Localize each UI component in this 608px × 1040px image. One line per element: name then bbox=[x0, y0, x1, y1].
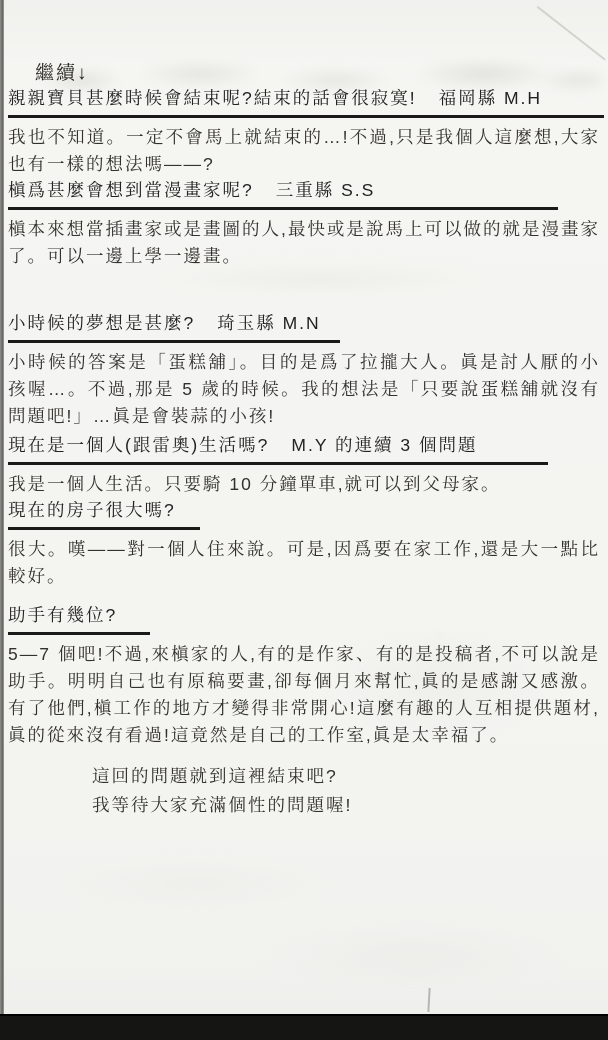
question-line: 助手有幾位? bbox=[8, 603, 602, 627]
closing-line-1: 這回的問題就到這裡結束吧? bbox=[92, 762, 352, 791]
closing-note: 這回的問題就到這裡結束吧? 我等待大家充滿個性的問題喔! bbox=[92, 762, 352, 819]
qa-section-6: 助手有幾位? 5—7 個吧!不過,來槇家的人,有的是作家、有的是投稿者,不可以說… bbox=[8, 603, 602, 749]
asker-label: 福岡縣 M.H bbox=[439, 88, 542, 108]
question-text: 現在是一個人(跟雷奧)生活嗎? bbox=[8, 435, 269, 455]
question-line: 親親寶貝甚麼時候會結束呢?結束的話會很寂寞!福岡縣 M.H bbox=[8, 86, 602, 110]
question-text: 親親寶貝甚麼時候會結束呢?結束的話會很寂寞! bbox=[8, 88, 417, 108]
answer-text: 小時候的答案是「蛋糕舖」。目的是爲了拉攏大人。眞是討人厭的小孩喔…。不過,那是 … bbox=[8, 349, 600, 430]
asker-label: 琦玉縣 M.N bbox=[217, 313, 320, 333]
qa-section-3: 小時候的夢想是甚麼?琦玉縣 M.N 小時候的答案是「蛋糕舖」。目的是爲了拉攏大人… bbox=[8, 311, 602, 430]
question-text: 槇爲甚麼會想到當漫畫家呢? bbox=[8, 180, 254, 200]
qa-section-1: 親親寶貝甚麼時候會結束呢?結束的話會很寂寞!福岡縣 M.H 我也不知道。一定不會… bbox=[8, 86, 602, 178]
question-underline bbox=[8, 632, 150, 635]
qa-section-5: 現在的房子很大嗎? 很大。嘆——對一個人住來說。可是,因爲要在家工作,還是大一點… bbox=[8, 498, 602, 590]
showthrough-patch bbox=[30, 830, 580, 1010]
scan-edge-line bbox=[537, 6, 606, 61]
question-line: 現在的房子很大嗎? bbox=[8, 498, 602, 522]
question-text: 小時候的夢想是甚麼? bbox=[8, 313, 195, 333]
scan-left-edge-line bbox=[0, 0, 4, 1016]
closing-line-2: 我等待大家充滿個性的問題喔! bbox=[92, 791, 352, 820]
question-underline bbox=[8, 527, 200, 530]
scan-hair-mark bbox=[427, 988, 430, 1012]
question-line: 現在是一個人(跟雷奧)生活嗎?M.Y 的連續 3 個問題 bbox=[8, 433, 602, 457]
question-text: 現在的房子很大嗎? bbox=[8, 500, 176, 520]
question-underline bbox=[8, 462, 548, 465]
scan-bottom-border bbox=[0, 1014, 608, 1040]
question-underline bbox=[8, 340, 340, 343]
qa-section-4: 現在是一個人(跟雷奧)生活嗎?M.Y 的連續 3 個問題 我是一個人生活。只要騎… bbox=[8, 433, 602, 498]
question-text: 助手有幾位? bbox=[8, 605, 117, 625]
answer-text: 我也不知道。一定不會馬上就結束的…!不過,只是我個人這麼想,大家也有一樣的想法嗎… bbox=[8, 124, 600, 178]
continue-label: 繼續↓ bbox=[35, 58, 89, 85]
scanned-page: 繼續↓ 親親寶貝甚麼時候會結束呢?結束的話會很寂寞!福岡縣 M.H 我也不知道。… bbox=[0, 0, 608, 1040]
asker-label: M.Y 的連續 3 個問題 bbox=[291, 435, 477, 455]
qa-section-2: 槇爲甚麼會想到當漫畫家呢?三重縣 S.S 槇本來想當插畫家或是畫圖的人,最快或是… bbox=[8, 178, 602, 270]
answer-text: 槇本來想當插畫家或是畫圖的人,最快或是說馬上可以做的就是漫畫家了。可以一邊上學一… bbox=[8, 216, 600, 270]
question-line: 槇爲甚麼會想到當漫畫家呢?三重縣 S.S bbox=[8, 178, 602, 202]
answer-text: 5—7 個吧!不過,來槇家的人,有的是作家、有的是投稿者,不可以說是助手。明明自… bbox=[8, 641, 600, 749]
answer-text: 我是一個人生活。只要騎 10 分鐘單車,就可以到父母家。 bbox=[8, 471, 600, 498]
question-line: 小時候的夢想是甚麼?琦玉縣 M.N bbox=[8, 311, 602, 335]
asker-label: 三重縣 S.S bbox=[276, 180, 376, 200]
answer-text: 很大。嘆——對一個人住來說。可是,因爲要在家工作,還是大一點比較好。 bbox=[8, 536, 600, 590]
question-underline bbox=[8, 207, 558, 210]
question-underline bbox=[8, 115, 604, 118]
